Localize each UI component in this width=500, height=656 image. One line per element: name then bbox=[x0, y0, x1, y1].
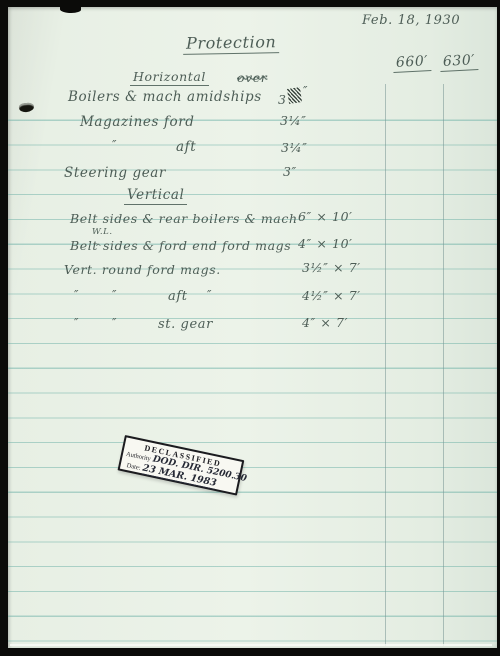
ditto-mark: ″ bbox=[74, 316, 79, 330]
row-item-prefix: Belt bbox=[70, 238, 98, 253]
page-title: Protection bbox=[183, 32, 280, 55]
row-value: 3¼″ bbox=[281, 140, 308, 155]
scan-edge-highlight bbox=[10, 644, 492, 646]
row-item: st. gear bbox=[158, 317, 213, 332]
date: Feb. 18, 1930 bbox=[362, 13, 460, 28]
struck-word: over bbox=[237, 70, 267, 85]
section-heading-vertical: Vertical bbox=[124, 187, 187, 205]
ledger-column-line-2 bbox=[443, 84, 444, 646]
ditto-mark: ″ bbox=[207, 288, 212, 302]
paper-edge-notch bbox=[60, 6, 81, 13]
row-item: Magazines ford bbox=[80, 114, 195, 130]
ditto-mark: ″ bbox=[112, 288, 117, 302]
column-header-630: 630′ bbox=[440, 52, 479, 72]
waterline-annotation: W.L. bbox=[92, 227, 113, 237]
row-value: 3½″ × 7′ bbox=[302, 260, 361, 275]
scanned-document-page: Feb. 18, 1930 Protection 660′ 630′ Horiz… bbox=[0, 0, 500, 656]
row-item: Vert. round ford mags. bbox=[64, 262, 221, 277]
ditto-mark: ″ bbox=[74, 288, 79, 302]
row-item: aft bbox=[176, 139, 196, 155]
column-header-660: 660′ bbox=[393, 53, 432, 73]
caret-mark: ^ bbox=[95, 243, 102, 252]
row-value: 4″ × 10′ bbox=[298, 236, 353, 251]
ditto-mark: ″ bbox=[112, 138, 117, 152]
row-value: 4″ × 7′ bbox=[302, 315, 348, 330]
row-item: Boilers & mach amidships bbox=[68, 89, 262, 105]
row-value: 6″ × 10′ bbox=[298, 209, 353, 224]
crossed-out-value-mark bbox=[287, 87, 302, 104]
row-item: Belt sides & rear boilers & mach bbox=[70, 211, 298, 226]
stamp-date-label: Date: bbox=[126, 463, 141, 472]
row-value: 3″ bbox=[283, 164, 297, 179]
section-heading-horizontal: Horizontal bbox=[130, 69, 209, 86]
ledger-column-line-1 bbox=[385, 84, 386, 646]
row-item: Steering gear bbox=[64, 165, 166, 181]
row-item: sides & ford end ford mags bbox=[103, 238, 291, 253]
ditto-mark: ″ bbox=[112, 316, 117, 330]
row-value: 4½″ × 7′ bbox=[302, 288, 361, 303]
row-value: 3 bbox=[278, 92, 287, 107]
row-value: 3¼″ bbox=[280, 113, 307, 128]
row-value-unit: ″ bbox=[303, 84, 308, 98]
row-item: aft bbox=[168, 289, 188, 304]
